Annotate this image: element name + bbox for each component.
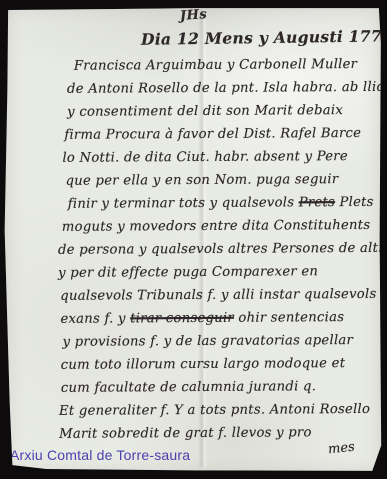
struck-text: tirar conseguir: [130, 311, 234, 327]
line-text: Et generaliter f. Y a tots pnts. Antoni …: [59, 402, 370, 419]
line-text: ohir sentencias: [234, 310, 344, 326]
scanned-document: JHs Dia 12 Mens y Augusti 1777 Francisca…: [0, 0, 387, 479]
manuscript-line: firma Procura à favor del Dist. Rafel Ba…: [64, 122, 386, 147]
line-text: y per dit effecte puga Comparexer en: [58, 264, 318, 281]
continuation-word: mes: [327, 440, 355, 458]
line-text: lo Notti. de dita Ciut. habr. absent y P…: [62, 149, 348, 166]
line-text: Plets: [335, 195, 374, 210]
line-text: qualsevols Tribunals f. y alli instar qu…: [60, 287, 376, 304]
manuscript-line: y provisions f. y de las gravatorias ape…: [62, 329, 387, 354]
manuscript-body: Francisca Arguimbau y Carbonell Muller d…: [0, 53, 387, 446]
manuscript-line: que per ella y en son Nom. puga seguir: [66, 168, 387, 193]
manuscript-line: y consentiment del dit son Marit debaix: [67, 99, 386, 124]
line-text: finir y terminar tots y qualsevols: [68, 195, 299, 211]
line-text: Francisca Arguimbau y Carbonell Muller: [74, 57, 357, 74]
manuscript-line: Francisca Arguimbau y Carbonell Muller: [74, 53, 386, 78]
jhs-monogram: JHs: [180, 7, 208, 24]
manuscript-line: moguts y movedors entre dita Constituhen…: [62, 214, 387, 239]
line-text: exans f. y: [60, 311, 130, 326]
struck-text: Prets: [299, 195, 335, 210]
archive-watermark: Arxiu Comtal de Torre-saura: [10, 447, 190, 463]
manuscript-line: cum toto illorum cursu largo modoque et: [61, 352, 387, 377]
manuscript-line: cum facultate de calumnia jurandi q.: [61, 375, 387, 400]
manuscript-line: y per dit effecte puga Comparexer en: [58, 260, 387, 285]
manuscript-line: qualsevols Tribunals f. y alli instar qu…: [60, 283, 387, 308]
manuscript-line: de Antoni Rosello de la pnt. Isla habra.…: [67, 76, 386, 101]
manuscript-line: Et generaliter f. Y a tots pnts. Antoni …: [59, 398, 387, 423]
line-text: cum toto illorum cursu largo modoque et: [61, 356, 346, 373]
line-text: que per ella y en son Nom. puga seguir: [66, 172, 339, 189]
manuscript-line: lo Notti. de dita Ciut. habr. absent y P…: [62, 145, 386, 170]
line-text: firma Procura à favor del Dist. Rafel Ba…: [64, 126, 361, 143]
line-text: moguts y movedors entre dita Constituhen…: [62, 218, 371, 235]
line-text: de Antoni Rosello de la pnt. Isla habra.…: [67, 80, 387, 97]
line-text: cum facultate de calumnia jurandi q.: [61, 379, 316, 396]
manuscript-page: JHs Dia 12 Mens y Augusti 1777 Francisca…: [0, 0, 387, 479]
date-heading: Dia 12 Mens y Augusti 1777: [141, 26, 387, 49]
line-text: y consentiment del dit son Marit debaix: [67, 103, 343, 120]
manuscript-line: exans f. y tirar conseguir ohir sentenci…: [60, 306, 387, 331]
line-text: Marit sobredit de grat f. llevos y pro: [59, 425, 312, 442]
manuscript-line: finir y terminar tots y qualsevols Prets…: [68, 191, 387, 216]
manuscript-line: de persona y qualsevols altres Persones …: [58, 237, 387, 262]
line-text: y provisions f. y de las gravatorias ape…: [63, 333, 354, 350]
line-text: de persona y qualsevols altres Persones …: [58, 241, 387, 258]
